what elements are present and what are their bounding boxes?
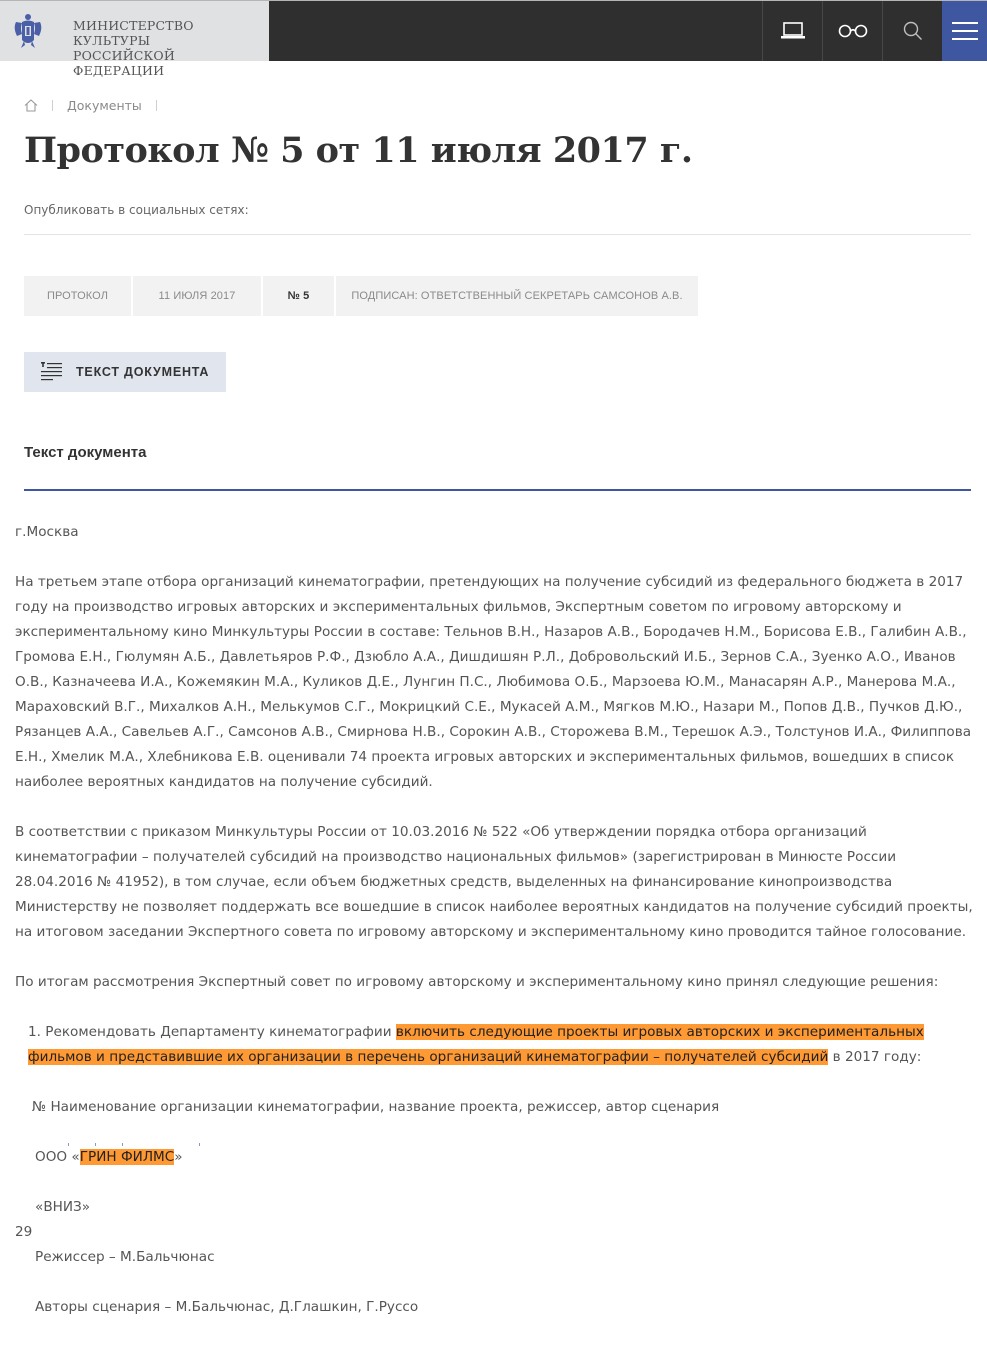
decision-item-1: 1. Рекомендовать Департаменту кинематогр…	[15, 1020, 975, 1070]
brand-line-1: МИНИСТЕРСТВО КУЛЬТУРЫ	[73, 18, 269, 48]
breadcrumb-documents-link[interactable]: Документы	[67, 98, 142, 113]
document-paragraph-3: По итогам рассмотрения Экспертный совет …	[15, 970, 975, 995]
org-suffix: »	[174, 1149, 182, 1165]
project-title: «ВНИЗ»	[15, 1195, 975, 1220]
org-prefix: ООО «	[35, 1149, 80, 1165]
glasses-icon	[838, 24, 868, 38]
search-highlight: ГРИН ФИЛМС	[80, 1149, 175, 1165]
brand-line-2: РОССИЙСКОЙ ФЕДЕРАЦИИ	[73, 48, 269, 78]
table-header: № Наименование организации кинематографи…	[15, 1095, 975, 1120]
breadcrumb-separator	[52, 100, 53, 111]
home-icon[interactable]	[24, 99, 38, 112]
document-paragraph-1: На третьем этапе отбора организаций кине…	[15, 570, 975, 795]
accessibility-button[interactable]	[822, 1, 882, 61]
document-paragraph-2: В соответствии с приказом Минкультуры Ро…	[15, 820, 975, 945]
document-text-button[interactable]: ТЕКСТ ДОКУМЕНТА	[24, 352, 226, 392]
menu-icon	[952, 22, 978, 40]
page-title: Протокол № 5 от 11 июля 2017 г.	[24, 130, 693, 171]
decision-item-1-suffix: в 2017 году:	[828, 1049, 921, 1065]
search-icon	[903, 21, 923, 41]
screenwriters: Авторы сценария – М.Бальчюнас, Д.Глашкин…	[15, 1295, 975, 1320]
document-text-button-label: ТЕКСТ ДОКУМЕНТА	[76, 365, 209, 379]
ministry-name: МИНИСТЕРСТВО КУЛЬТУРЫ РОССИЙСКОЙ ФЕДЕРАЦ…	[73, 18, 269, 78]
breadcrumb: Документы	[24, 98, 171, 113]
share-label: Опубликовать в социальных сетях:	[24, 203, 249, 217]
row-number: 29	[15, 1220, 975, 1245]
search-button[interactable]	[882, 1, 942, 61]
divider	[24, 234, 971, 235]
meta-signed-by: ПОДПИСАН: ОТВЕТСТВЕННЫЙ СЕКРЕТАРЬ САМСОН…	[336, 276, 698, 316]
document-city: г.Москва	[15, 520, 975, 545]
menu-button[interactable]	[942, 1, 987, 61]
document-meta: ПРОТОКОЛ 11 ИЮЛЯ 2017 № 5 ПОДПИСАН: ОТВЕ…	[24, 276, 700, 316]
document-body: г.Москва На третьем этапе отбора организ…	[15, 520, 975, 1345]
section-divider	[24, 489, 971, 491]
table-border-fragments	[0, 1143, 220, 1147]
text-lines-icon	[40, 361, 64, 383]
section-title: Текст документа	[24, 444, 146, 461]
meta-type: ПРОТОКОЛ	[24, 276, 131, 316]
laptop-icon	[781, 22, 805, 40]
meta-number: № 5	[263, 276, 334, 316]
desktop-version-button[interactable]	[762, 1, 822, 61]
breadcrumb-separator	[156, 100, 157, 111]
meta-date: 11 ИЮЛЯ 2017	[133, 276, 261, 316]
decision-item-1-prefix: 1. Рекомендовать Департаменту кинематогр…	[28, 1024, 396, 1040]
organization-name: ООО «ГРИН ФИЛМС»	[15, 1145, 975, 1170]
top-bar: МИНИСТЕРСТВО КУЛЬТУРЫ РОССИЙСКОЙ ФЕДЕРАЦ…	[0, 0, 987, 61]
ministry-logo[interactable]: МИНИСТЕРСТВО КУЛЬТУРЫ РОССИЙСКОЙ ФЕДЕРАЦ…	[0, 1, 269, 61]
coat-of-arms-icon	[13, 12, 43, 50]
director: Режиссер – М.Бальчюнас	[15, 1245, 975, 1270]
